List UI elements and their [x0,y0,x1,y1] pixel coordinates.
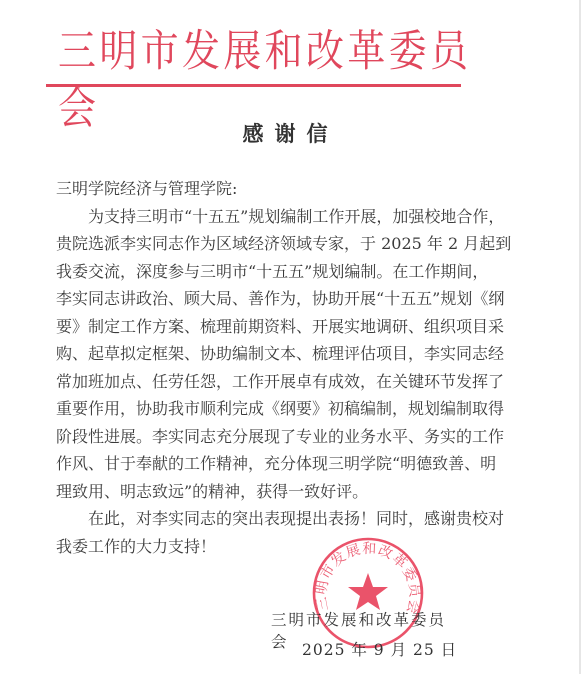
body-line: 常加班加点、任劳任怨，工作开展卓有成效，在关键环节发挥了 [56,368,456,396]
body-line: 为支持三明市“十五五”规划编制工作开展，加强校地合作， [56,203,456,231]
letterhead: 三明市发展和改革委员会 [58,30,468,80]
salutation: 三明学院经济与管理学院: [56,175,456,203]
letter-title: 感谢信 [0,118,581,148]
body-line: 作风、甘于奉献的工作精神，充分体现三明学院“明德致善、明 [56,450,456,478]
body-line: 要》制定工作方案、梳理前期资料、开展实地调研、组织项目采 [56,313,456,341]
body-line: 重要作用，协助我市顺利完成《纲要》初稿编制，规划编制取得 [56,395,456,423]
body-line: 我委交流，深度参与三明市“十五五”规划编制。在工作期间， [56,258,456,286]
body-line: 理致用、明志致远”的精神，获得一致好评。 [56,478,456,506]
body-line: 在此，对李实同志的突出表现提出表扬！同时，感谢贵校对 [56,505,456,533]
letter-body: 三明学院经济与管理学院: 为支持三明市“十五五”规划编制工作开展，加强校地合作，… [56,175,456,560]
body-line: 贵院选派李实同志作为区域经济领域专家，于 2025 年 2 月起到 [56,230,456,258]
letterhead-red-rule [46,84,461,87]
star-icon [348,573,388,610]
signature-date: 2025 年 9 月 25 日 [302,638,457,660]
body-line: 阶段性进展。李实同志充分展现了专业的业务水平、务实的工作 [56,423,456,451]
body-line: 购、起草拟定框架、协助编制文本、梳理评估项目，李实同志经 [56,340,456,368]
body-line: 李实同志讲政治、顾大局、善作为，协助开展“十五五”规划《纲 [56,285,456,313]
